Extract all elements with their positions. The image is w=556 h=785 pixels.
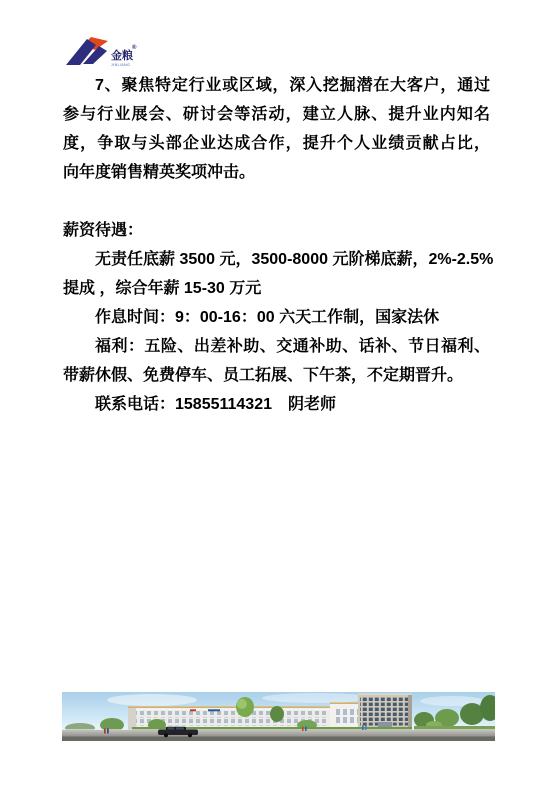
text-line: 无责任底薪 3500 元，3500-8000 元阶梯底薪，2%-2.5%: [63, 245, 490, 274]
logo-mark-icon: 金粮 ® JINLIANG: [63, 36, 139, 71]
registered-trademark: ®: [132, 44, 137, 51]
logo-brand-text: 金粮: [111, 48, 133, 62]
document-body: 7、聚焦特定行业或区域，深入挖掘潜在大客户，通过 参与行业展会、研讨会等活动，建…: [63, 71, 490, 419]
text-line: 参与行业展会、研讨会等活动，建立人脉、提升业内知名: [63, 100, 490, 129]
text-line: 作息时间：9：00-16：00 六天工作制，国家法休: [63, 303, 490, 332]
company-building-photo: [62, 692, 495, 741]
text-line: 度，争取与头部企业达成合作，提升个人业绩贡献占比，: [63, 129, 490, 158]
text-line: 提成 ，综合年薪 15-30 万元: [63, 274, 490, 303]
building-rendering-illustration: [62, 692, 495, 741]
document-page: 金粮 ® JINLIANG 7、聚焦特定行业或区域，深入挖掘潜在大客户，通过 参…: [0, 0, 556, 785]
contact-phone-line: 联系电话：15855114321 阴老师: [63, 390, 490, 419]
logo-brand-subtext: JINLIANG: [111, 63, 130, 67]
text-line: 7、聚焦特定行业或区域，深入挖掘潜在大客户，通过: [63, 71, 490, 100]
text-line: 福利：五险、出差补助、交通补助、话补、节日福利、: [63, 332, 490, 361]
text-line: 带薪休假、免费停车、员工拓展、下午茶，不定期晋升。: [63, 361, 490, 390]
section-heading-salary: 薪资待遇：: [63, 216, 490, 245]
text-line: 向年度销售精英奖项冲击。: [63, 158, 490, 187]
company-logo: 金粮 ® JINLIANG: [63, 36, 139, 71]
